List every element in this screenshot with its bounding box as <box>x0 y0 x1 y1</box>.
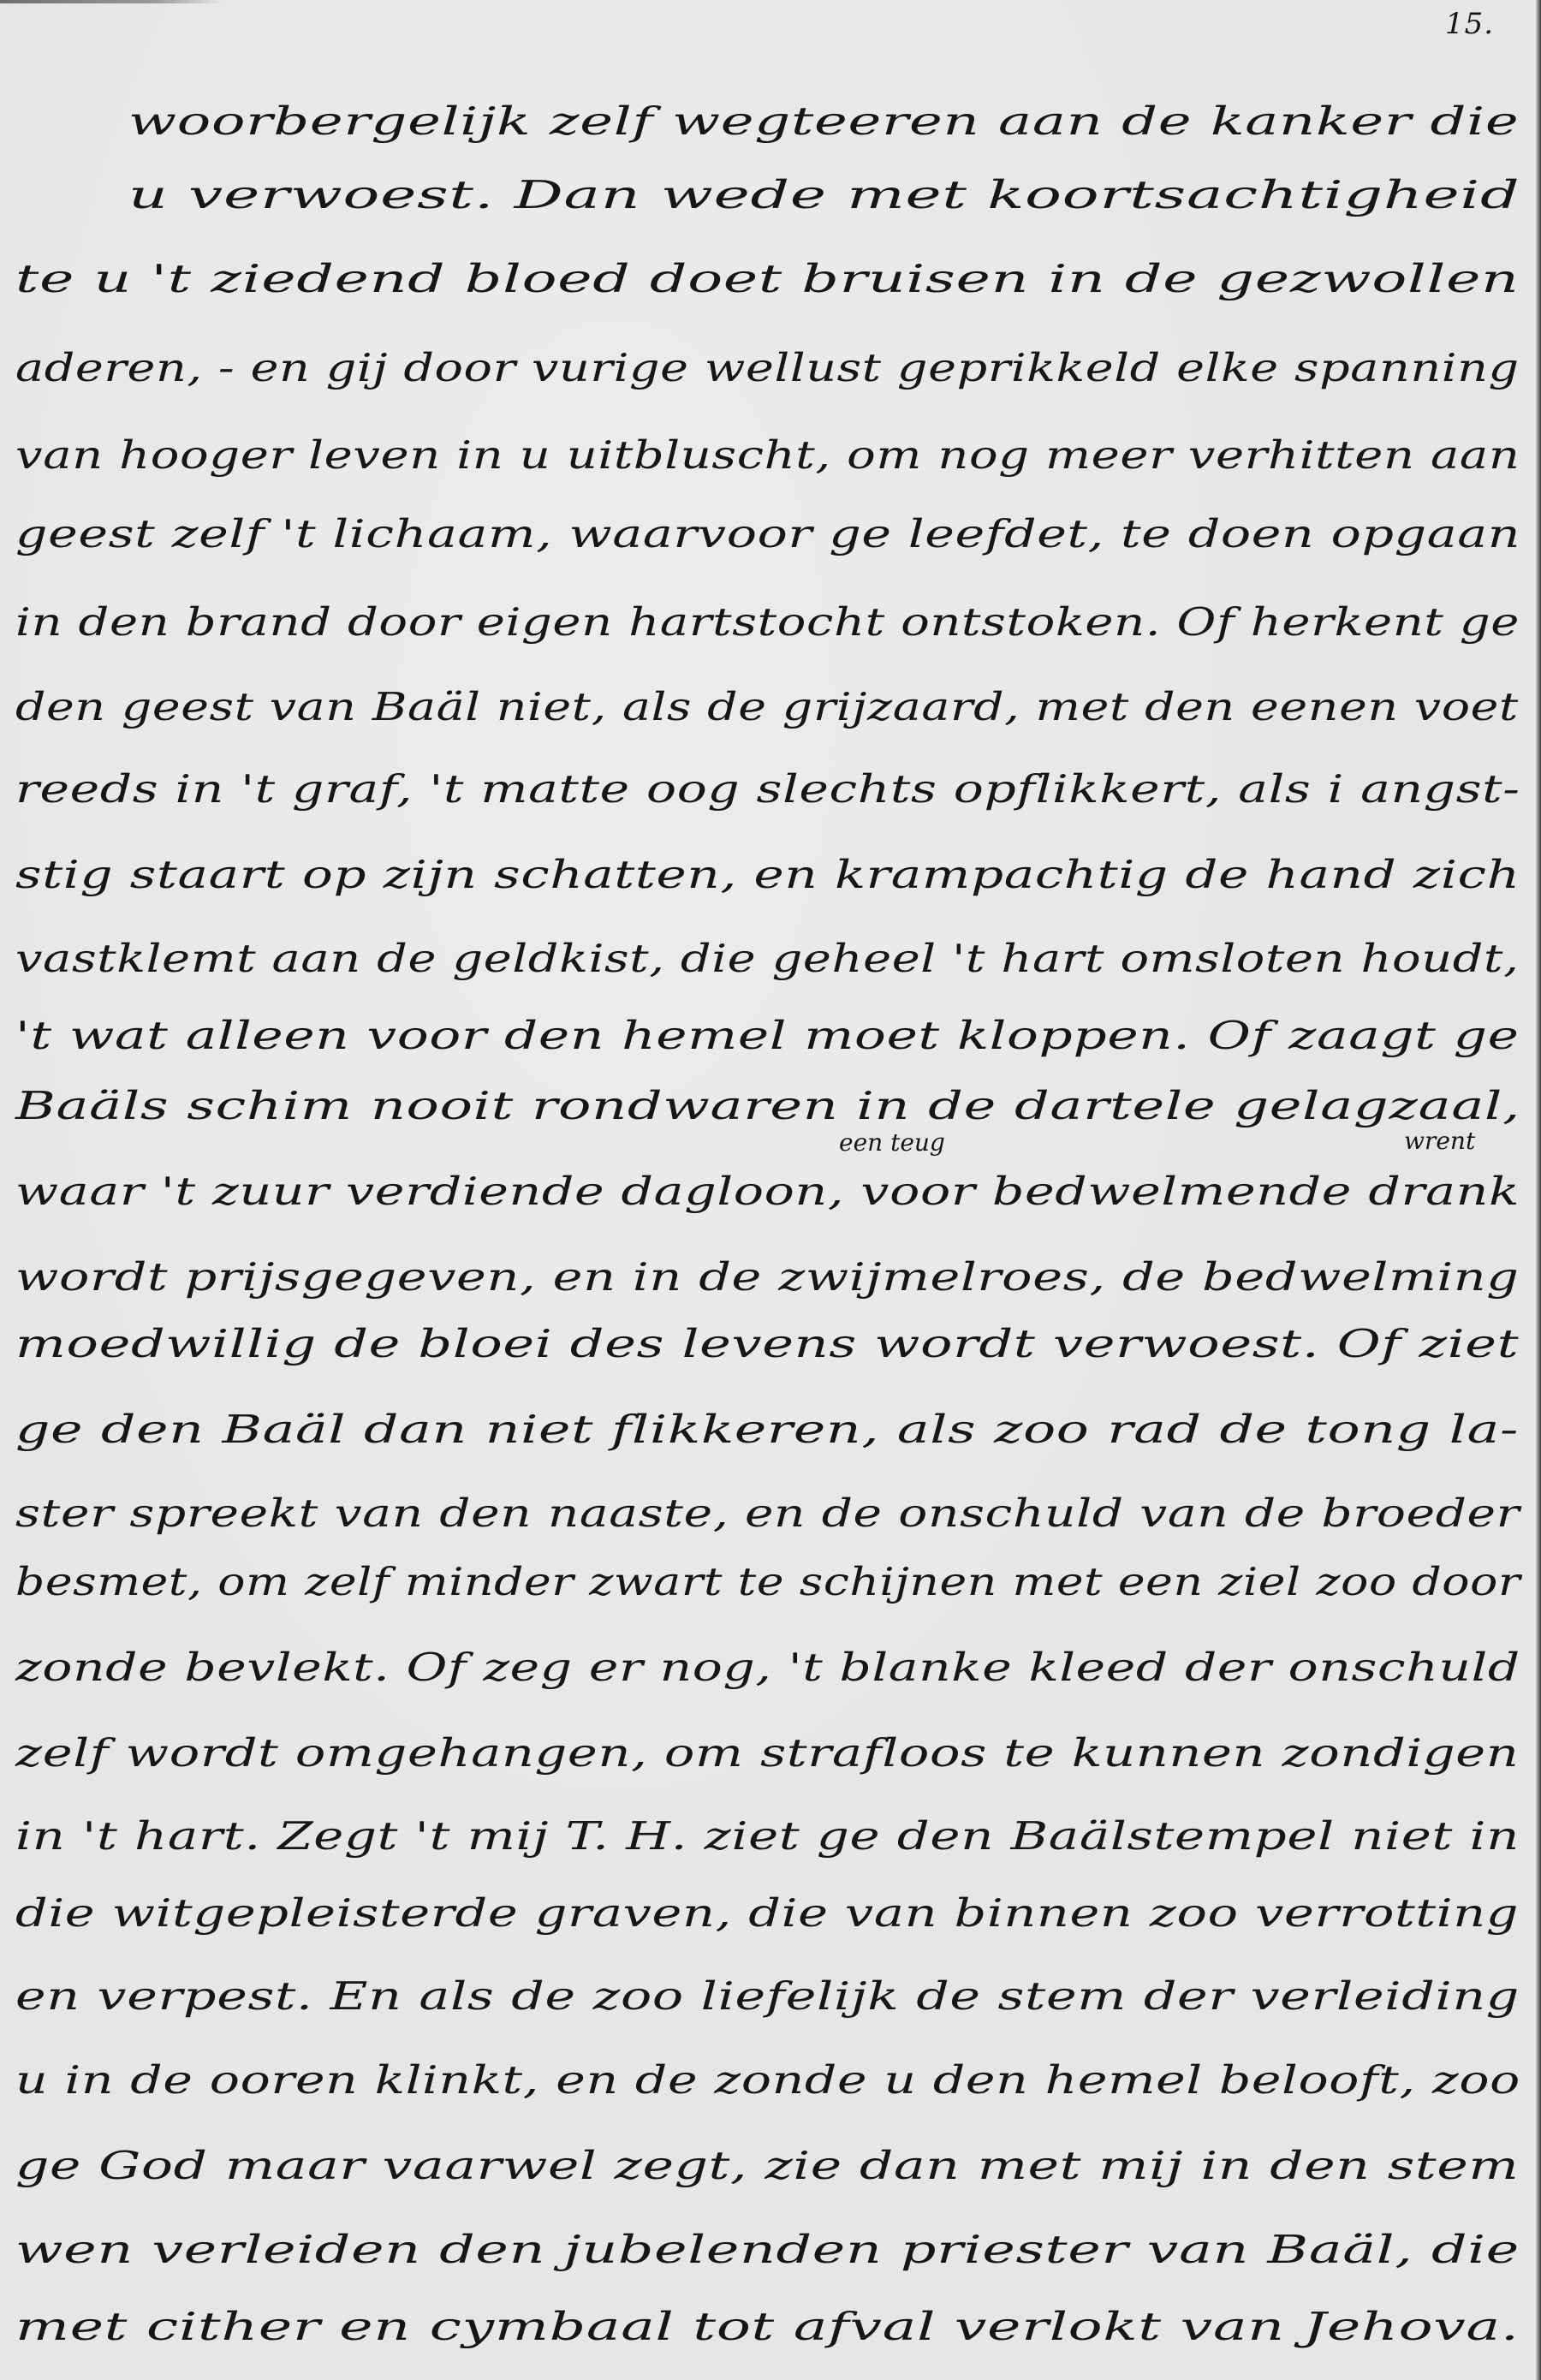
text-line-5: van hooger leven in u uitbluscht, om nog… <box>15 430 1520 481</box>
text-line-6: geest zelf 't lichaam, waarvoor ge leefd… <box>15 509 1520 560</box>
text-line-4: aderen, - en gij door vurige wellust gep… <box>15 342 1520 394</box>
text-line-17: ge den Baäl dan niet flikkeren, als zoo … <box>15 1404 1519 1455</box>
manuscript-page: 15. woorbergelijk zelf wegteeren aan de … <box>0 0 1541 2380</box>
text-line-22: in 't hart. Zegt 't mij T. H. ziet ge de… <box>15 1811 1520 1862</box>
text-line-11: vastklemt aan de geldkist, die geheel 't… <box>15 933 1519 985</box>
text-line-18: ster spreekt van den naaste, en de onsch… <box>15 1488 1520 1539</box>
text-line-9: reeds in 't graf, 't matte oog slechts o… <box>15 764 1520 815</box>
page-top-edge <box>0 0 223 3</box>
text-line-27: wen verleiden den jubelenden priester va… <box>15 2224 1520 2276</box>
text-line-2: u verwoest. Dan wede met koortsachtighei… <box>128 170 1520 221</box>
text-line-28: met cither en cymbaal tot afval verlokt … <box>15 2301 1520 2353</box>
text-line-8: den geest van Baäl niet, als de grijzaar… <box>15 681 1519 733</box>
text-line-15: wordt prijsgegeven, en in de zwijmelroes… <box>15 1252 1520 1303</box>
text-line-19: besmet, om zelf minder zwart te schijnen… <box>15 1556 1520 1608</box>
text-line-25: u in de ooren klinkt, en de zonde u den … <box>15 2055 1520 2106</box>
text-line-12: 't wat alleen voor den hemel moet kloppe… <box>15 1010 1520 1062</box>
text-line-26: ge God maar vaarwel zegt, zie dan met mi… <box>15 2140 1519 2192</box>
text-line-21: zelf wordt omgehangen, om strafloos te k… <box>15 1728 1519 1779</box>
text-line-1: woorbergelijk zelf wegteeren aan de kank… <box>128 96 1519 147</box>
text-line-23: die witgepleisterde graven, die van binn… <box>15 1888 1519 1939</box>
text-line-10: stig staart op zijn schatten, en krampac… <box>15 849 1520 901</box>
interlinear-insertion-wrent: wrent <box>1404 1128 1475 1154</box>
interlinear-insertion-een-teug: een teug <box>839 1130 945 1156</box>
text-line-14: waar 't zuur verdiende dagloon, voor bed… <box>15 1166 1520 1217</box>
text-line-16: moedwillig de bloei des levens wordt ver… <box>15 1318 1519 1370</box>
text-line-3: te u 't ziedend bloed doet bruisen in de… <box>15 253 1520 305</box>
page-right-edge <box>1536 0 1541 2380</box>
text-line-13: Baäls schim nooit rondwaren in de dartel… <box>15 1080 1520 1132</box>
text-line-7: in den brand door eigen hartstocht ontst… <box>15 597 1520 648</box>
page-number: 15. <box>1445 7 1494 41</box>
text-line-20: zonde bevlekt. Of zeg er nog, 't blanke … <box>15 1642 1520 1693</box>
text-line-24: en verpest. En als de zoo liefelijk de s… <box>15 1971 1520 2022</box>
